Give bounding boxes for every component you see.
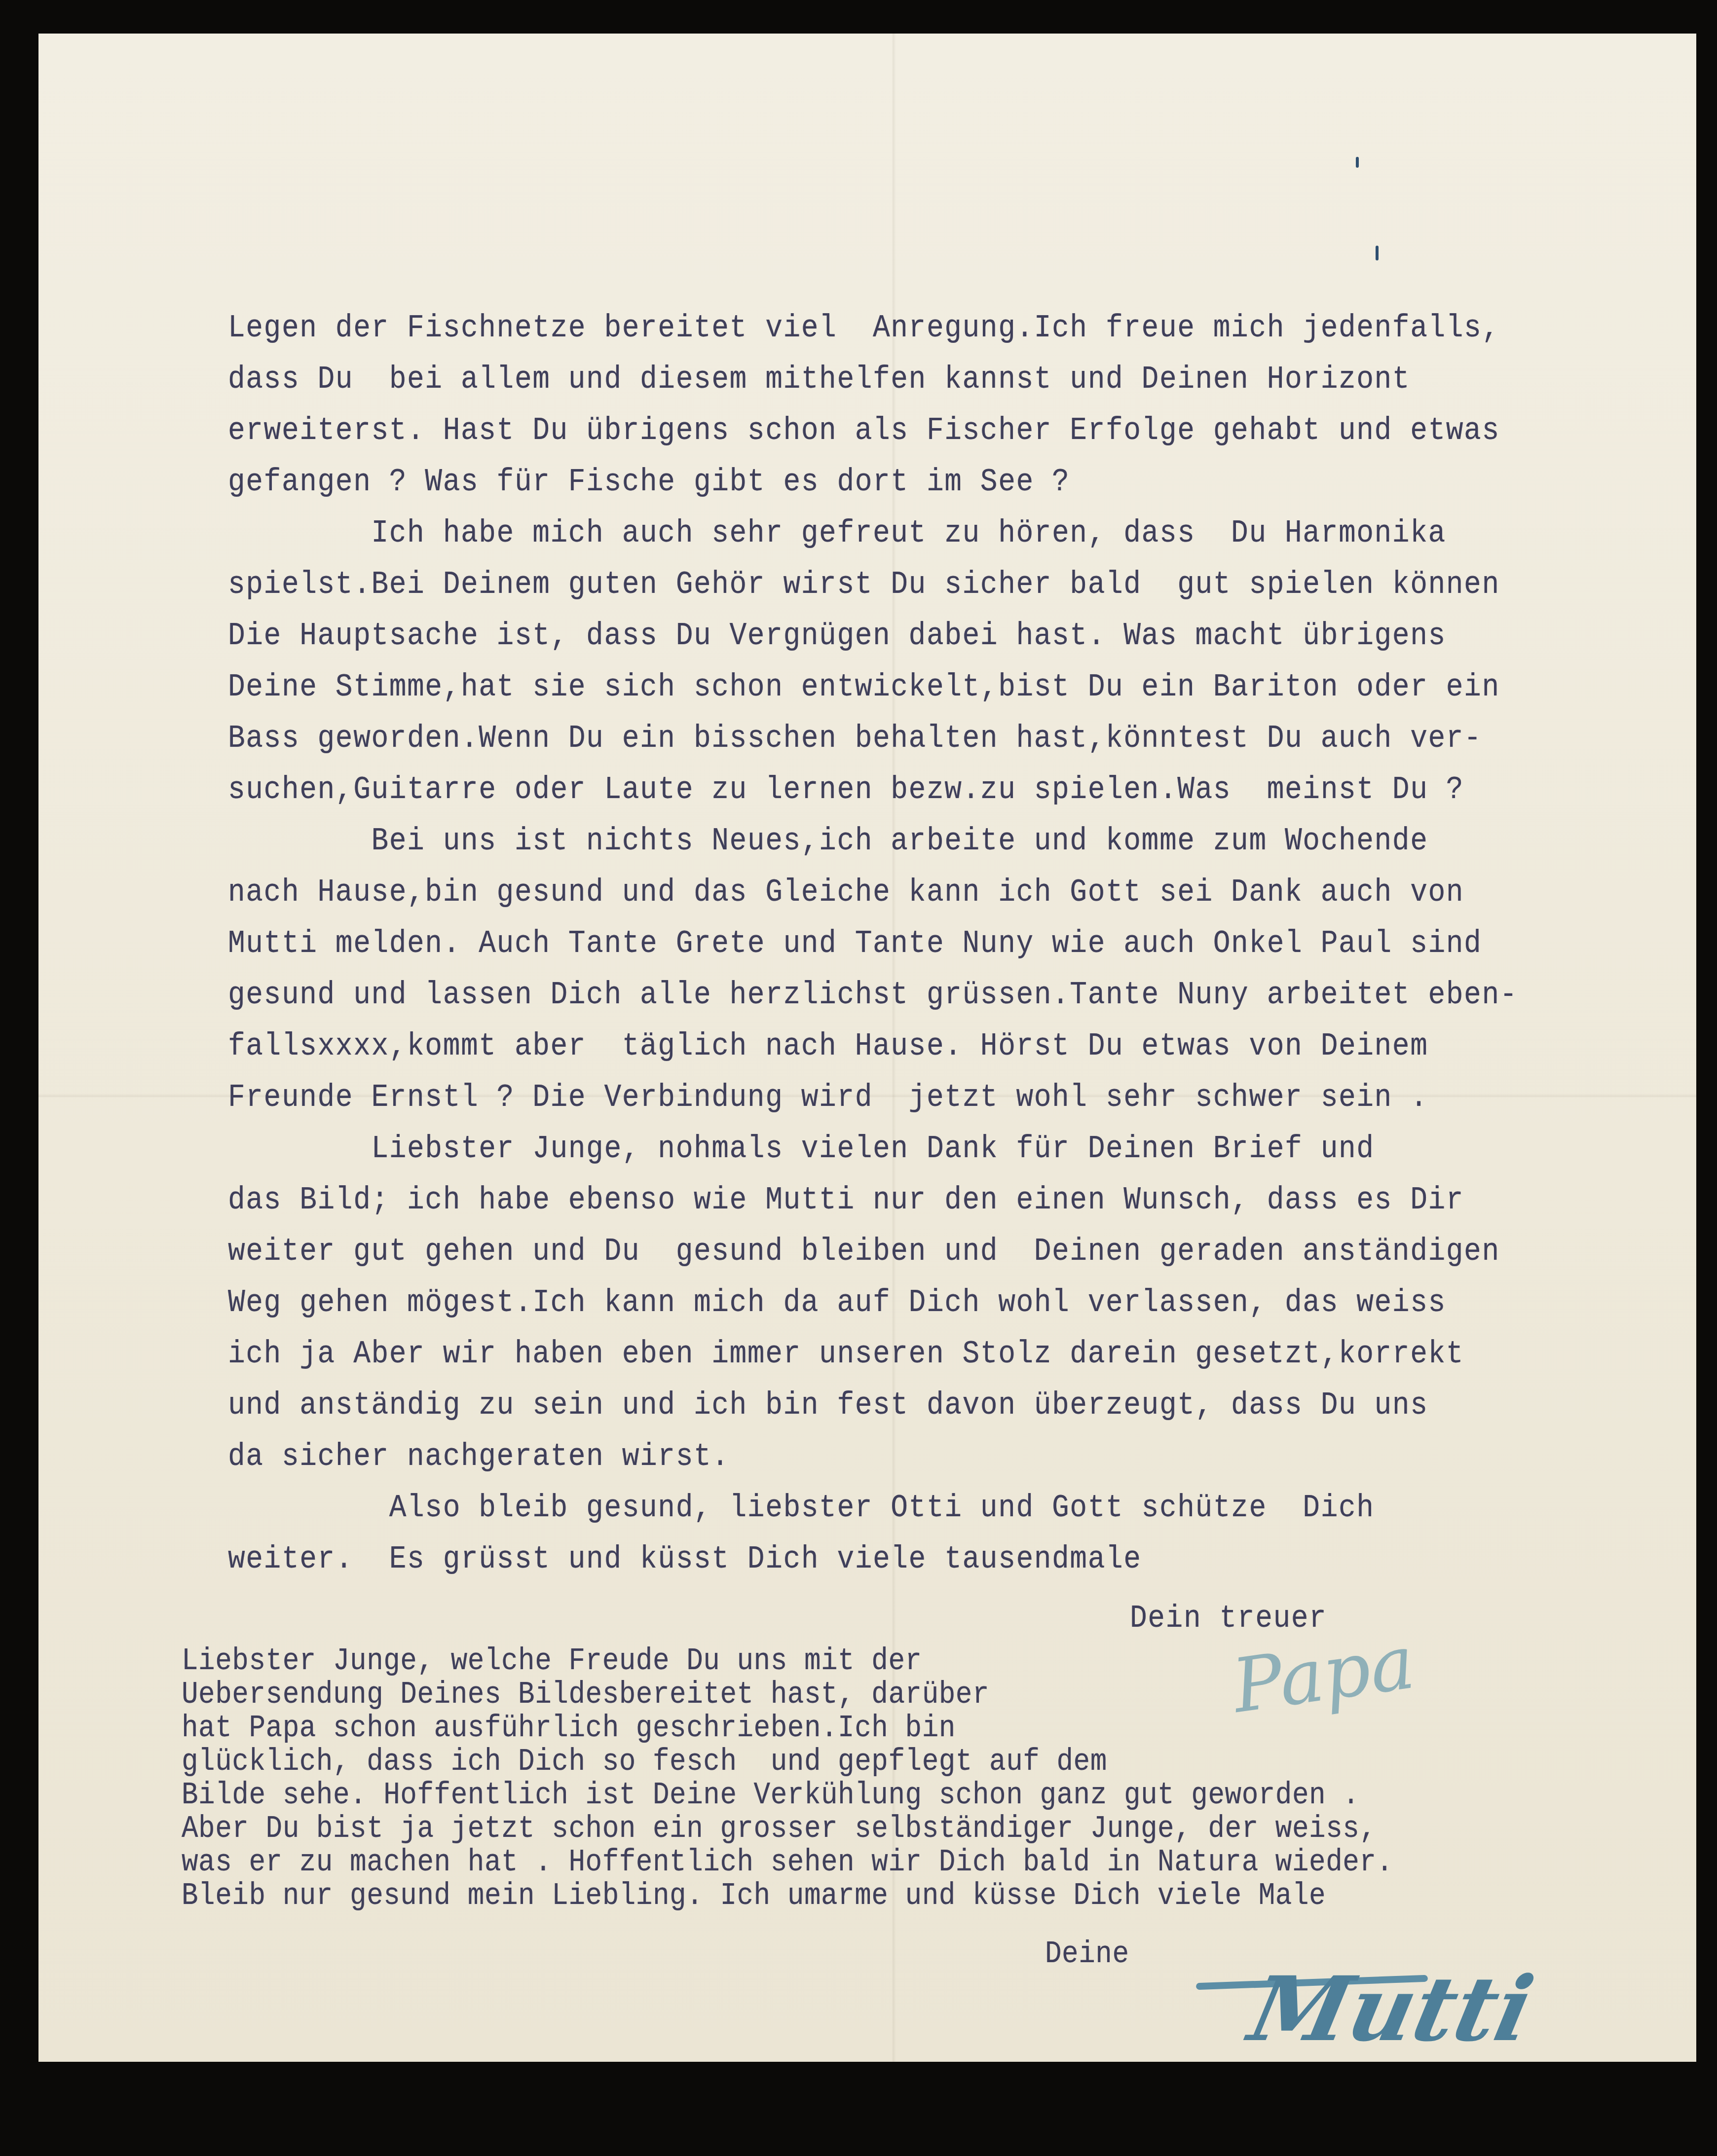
letter-line: Uebersendung Deines Bildesbereitet hast,… [182, 1679, 989, 1710]
father-closing: Dein treuer [1130, 1603, 1327, 1635]
letter-line: Bass geworden.Wenn Du ein bisschen behal… [228, 723, 1482, 755]
letter-line: und anständig zu sein und ich bin fest d… [228, 1390, 1428, 1422]
letter-line: weiter gut gehen und Du gesund bleiben u… [228, 1236, 1500, 1268]
letter-line: Bei uns ist nichts Neues,ich arbeite und… [228, 826, 1428, 858]
ink-speck [1376, 246, 1379, 260]
letter-line: was er zu machen hat . Hoffentlich sehen… [182, 1847, 1393, 1878]
letter-page: Legen der Fischnetze bereitet viel Anreg… [38, 34, 1696, 2062]
letter-line: Aber Du bist ja jetzt schon ein grosser … [182, 1813, 1377, 1844]
letter-line: suchen,Guitarre oder Laute zu lernen bez… [228, 774, 1464, 806]
mother-closing: Deine [1045, 1938, 1129, 1970]
letter-line: erweiterst. Hast Du übrigens schon als F… [228, 415, 1500, 447]
ink-speck [1356, 157, 1359, 168]
letter-line: Mutti melden. Auch Tante Grete und Tante… [228, 928, 1482, 960]
letter-line: Liebster Junge, welche Freude Du uns mit… [182, 1645, 922, 1677]
letter-line: Bilde sehe. Hoffentlich ist Deine Verküh… [182, 1780, 1359, 1811]
letter-line: Also bleib gesund, liebster Otti und Got… [228, 1493, 1375, 1525]
letter-line: Liebster Junge, nohmals vielen Dank für … [228, 1133, 1375, 1166]
letter-line: da sicher nachgeraten wirst. [228, 1441, 730, 1473]
letter-line: spielst.Bei Deinem guten Gehör wirst Du … [228, 569, 1500, 601]
letter-line: dass Du bei allem und diesem mithelfen k… [228, 364, 1410, 396]
letter-line: Die Hauptsache ist, dass Du Vergnügen da… [228, 621, 1446, 653]
letter-line: Bleib nur gesund mein Liebling. Ich umar… [182, 1880, 1326, 1911]
letter-line: nach Hause,bin gesund und das Gleiche ka… [228, 877, 1464, 909]
letter-line: gesund und lassen Dich alle herzlichst g… [228, 980, 1518, 1012]
letter-line: Deine Stimme,hat sie sich schon entwicke… [228, 672, 1500, 704]
mutti-signature: Mutti [1241, 1957, 1542, 2061]
letter-line: hat Papa schon ausführlich geschrieben.I… [182, 1713, 956, 1744]
letter-line: das Bild; ich habe ebenso wie Mutti nur … [228, 1185, 1464, 1217]
letter-line: weiter. Es grüsst und küsst Dich viele t… [228, 1544, 1142, 1576]
letter-line: Ich habe mich auch sehr gefreut zu hören… [228, 518, 1446, 550]
letter-line: Weg gehen mögest.Ich kann mich da auf Di… [228, 1287, 1446, 1319]
letter-line: Legen der Fischnetze bereitet viel Anreg… [228, 313, 1500, 345]
letter-line: ich ja Aber wir haben eben immer unseren… [228, 1339, 1464, 1371]
letter-line: glücklich, dass ich Dich so fesch und ge… [182, 1746, 1107, 1777]
letter-line: fallsxxxx,kommt aber täglich nach Hause.… [228, 1031, 1428, 1063]
letter-line: gefangen ? Was für Fische gibt es dort i… [228, 467, 1070, 499]
letter-line: Freunde Ernstl ? Die Verbindung wird jet… [228, 1082, 1428, 1114]
